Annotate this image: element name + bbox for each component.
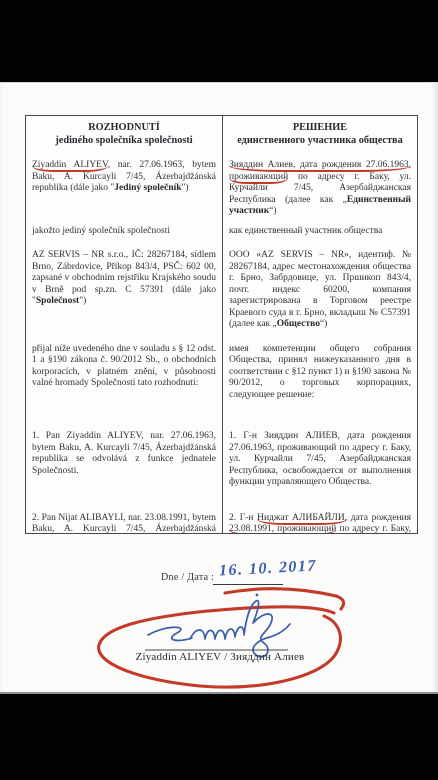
top-letterbox-bar: [0, 0, 438, 82]
signature-block-graphic: [78, 583, 370, 695]
russian-acting-line: как единственный участник общества: [222, 218, 417, 238]
russian-company-paragraph: ООО «AZ SERVIS – NR», идентиф. № 2826718…: [222, 237, 417, 331]
czech-preamble: přijal níže uvedeného dne v souladu s § …: [26, 331, 222, 402]
russian-item-2: 2. Г-н Ниджат АЛИБАЙЛИ, дата рождения 23…: [222, 489, 417, 535]
russian-item-1: 1. Г-н Зияддин АЛИЕВ, дата рождения 27.0…: [222, 401, 417, 489]
russian-title-line1: РЕШЕНИЕ: [293, 122, 347, 133]
handwritten-date: 16. 10. 2017: [219, 557, 318, 580]
document-photo: ROZHODNUTÍ jediného společníka společnos…: [0, 82, 438, 694]
russian-item2-date-underlined: 23.08.1991, проживающий: [229, 524, 336, 534]
russian-company-close: “): [320, 319, 327, 329]
russian-item2-name-underlined: Ниджат АЛИБАЙЛИ,: [257, 513, 347, 525]
czech-acting-line: jakožto jediný společník společnosti: [26, 218, 222, 238]
russian-shareholder-close: “): [269, 206, 276, 216]
czech-title: ROZHODNUTÍ jediného společníka společnos…: [26, 116, 222, 147]
czech-company-term: Společnost: [36, 296, 79, 306]
czech-company-paragraph: AZ SERVIS – NR s.r.o., IČ: 28267184, síd…: [26, 237, 222, 331]
czech-shareholder-term: Jediný společník: [114, 183, 181, 193]
czech-company-close: "): [79, 296, 86, 306]
russian-item2-prefix: 2. Г-н: [229, 513, 257, 523]
russian-item2-mid: дата рождения: [347, 513, 411, 523]
date-label: Dne / Дата :: [161, 572, 214, 583]
czech-shareholder-paragraph: Ziyaddin ALIYEV, nar. 27.06.1963, bytem …: [26, 147, 222, 218]
czech-item-1: 1. Pan Ziyaddin ALIYEV, nar. 27.06.1963,…: [26, 401, 222, 489]
red-circle-annotation: [99, 589, 344, 687]
signature-scribble: [148, 594, 290, 657]
czech-shareholder-close: "): [182, 183, 189, 193]
czech-shareholder-name-underlined: Ziyaddin ALIYEV: [32, 160, 108, 172]
decision-table: ROZHODNUTÍ jediného společníka společnos…: [25, 115, 418, 534]
russian-shareholder-paragraph: Зияддин Алиев, дата рождения 27.06.1963,…: [222, 147, 417, 218]
russian-shareholder-name-underlined: Зияддин Алиев, дата рождения 27.06.1963,: [229, 160, 411, 172]
czech-title-line1: ROZHODNUTÍ: [88, 122, 160, 133]
russian-company-term: Общество: [277, 319, 320, 329]
russian-title: РЕШЕНИЕ единственного участника общества: [222, 116, 417, 147]
signature-printed-name: Ziyaddin ALIYEV / Зияддин Алиев: [70, 651, 370, 663]
russian-title-line2: единственного участника общества: [237, 135, 403, 146]
czech-title-line2: jediného společníka společnosti: [55, 135, 192, 146]
czech-item-2: 2. Pan Nijat ALIBAYLI, nar. 23.08.1991, …: [26, 489, 222, 535]
phone-screenshot: ROZHODNUTÍ jediného společníka společnos…: [0, 0, 438, 780]
russian-preamble: имея компетенции общего собрания Обществ…: [222, 331, 417, 402]
russian-shareholder-word-underlined: проживающий: [229, 172, 288, 184]
russian-company-text: ООО «AZ SERVIS – NR», идентиф. № 2826718…: [229, 250, 411, 329]
bottom-letterbox-bar: [0, 694, 438, 780]
